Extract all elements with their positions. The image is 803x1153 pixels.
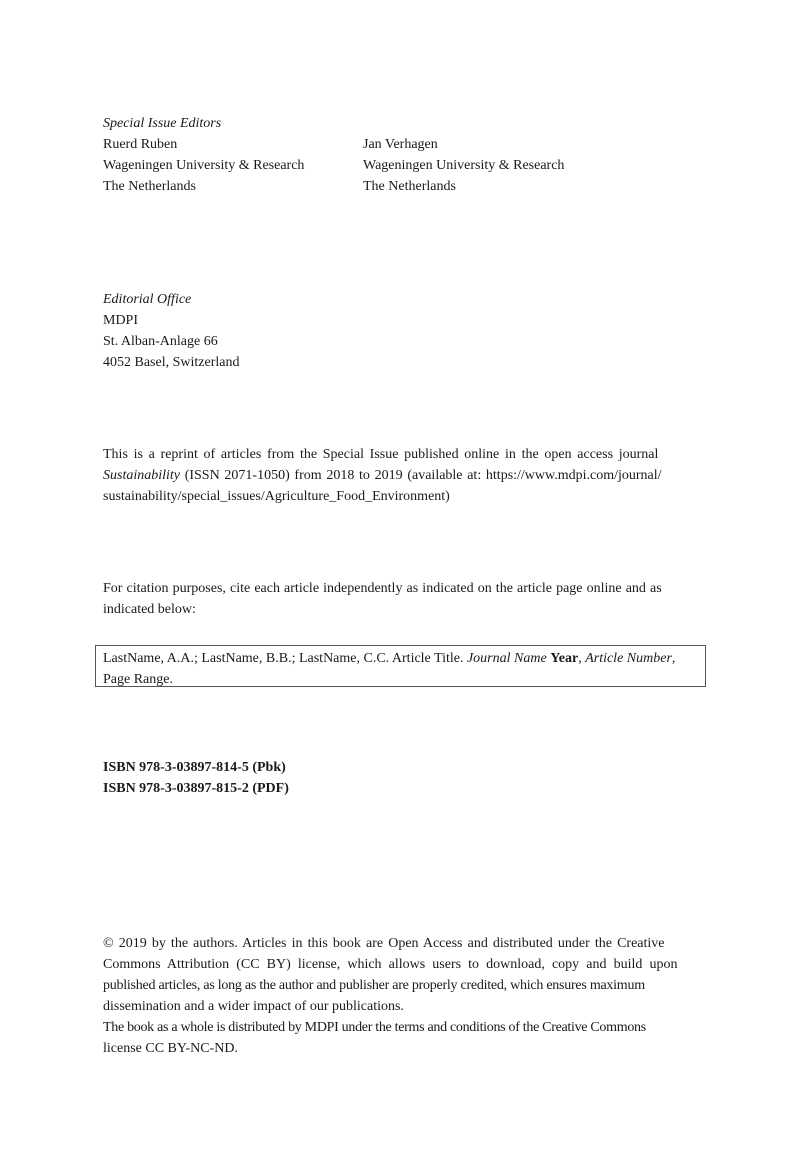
license-line: dissemination and a wider impact of our …: [103, 996, 700, 1017]
citation-year: Year: [550, 651, 578, 666]
editor-name: Ruerd Ruben: [103, 134, 304, 155]
isbn-pbk: ISBN 978-3-03897-814-5 (Pbk): [103, 757, 289, 778]
editor-country: The Netherlands: [363, 176, 564, 197]
editorial-office: Editorial Office MDPI St. Alban-Anlage 6…: [103, 289, 239, 373]
office-line: 4052 Basel, Switzerland: [103, 352, 239, 373]
citation-intro-line: For citation purposes, cite each article…: [103, 578, 700, 599]
citation-article-number: Article Number: [585, 651, 672, 666]
reprint-line: Sustainability (ISSN 2071-1050) from 201…: [103, 465, 700, 486]
editors-left: Special Issue Editors Ruerd Ruben Wageni…: [103, 113, 304, 197]
editorial-office-heading: Editorial Office: [103, 289, 239, 310]
editors-heading: Special Issue Editors: [103, 113, 304, 134]
isbn-block: ISBN 978-3-03897-814-5 (Pbk) ISBN 978-3-…: [103, 757, 289, 799]
reprint-notice: This is a reprint of articles from the S…: [103, 444, 700, 507]
office-line: St. Alban-Anlage 66: [103, 331, 239, 352]
editor-country: The Netherlands: [103, 176, 304, 197]
editor-affiliation: Wageningen University & Research: [363, 155, 564, 176]
isbn-pdf: ISBN 978-3-03897-815-2 (PDF): [103, 778, 289, 799]
license-line: published articles, as long as the autho…: [103, 975, 700, 996]
citation-intro-line: indicated below:: [103, 599, 700, 620]
citation-intro: For citation purposes, cite each article…: [103, 578, 700, 620]
license-line: © 2019 by the authors. Articles in this …: [103, 933, 700, 954]
license-book-line: The book as a whole is distributed by MD…: [103, 1017, 700, 1038]
reprint-line: sustainability/special_issues/Agricultur…: [103, 486, 700, 507]
citation-page-range: Page Range.: [103, 669, 698, 690]
citation-format-line: LastName, A.A.; LastName, B.B.; LastName…: [103, 648, 698, 669]
document-page: Special Issue Editors Ruerd Ruben Wageni…: [0, 0, 803, 1153]
editor-name: Jan Verhagen: [363, 134, 564, 155]
license-block: © 2019 by the authors. Articles in this …: [103, 933, 700, 1059]
office-line: MDPI: [103, 310, 239, 331]
citation-journal: Journal Name: [467, 651, 547, 666]
editors-right: Jan Verhagen Wageningen University & Res…: [363, 134, 564, 197]
editor-affiliation: Wageningen University & Research: [103, 155, 304, 176]
citation-format-box: LastName, A.A.; LastName, B.B.; LastName…: [95, 645, 706, 687]
license-book-line: license CC BY-NC-ND.: [103, 1038, 700, 1059]
license-line: Commons Attribution (CC BY) license, whi…: [103, 954, 700, 975]
reprint-line: This is a reprint of articles from the S…: [103, 444, 700, 465]
journal-name: Sustainability: [103, 468, 180, 483]
